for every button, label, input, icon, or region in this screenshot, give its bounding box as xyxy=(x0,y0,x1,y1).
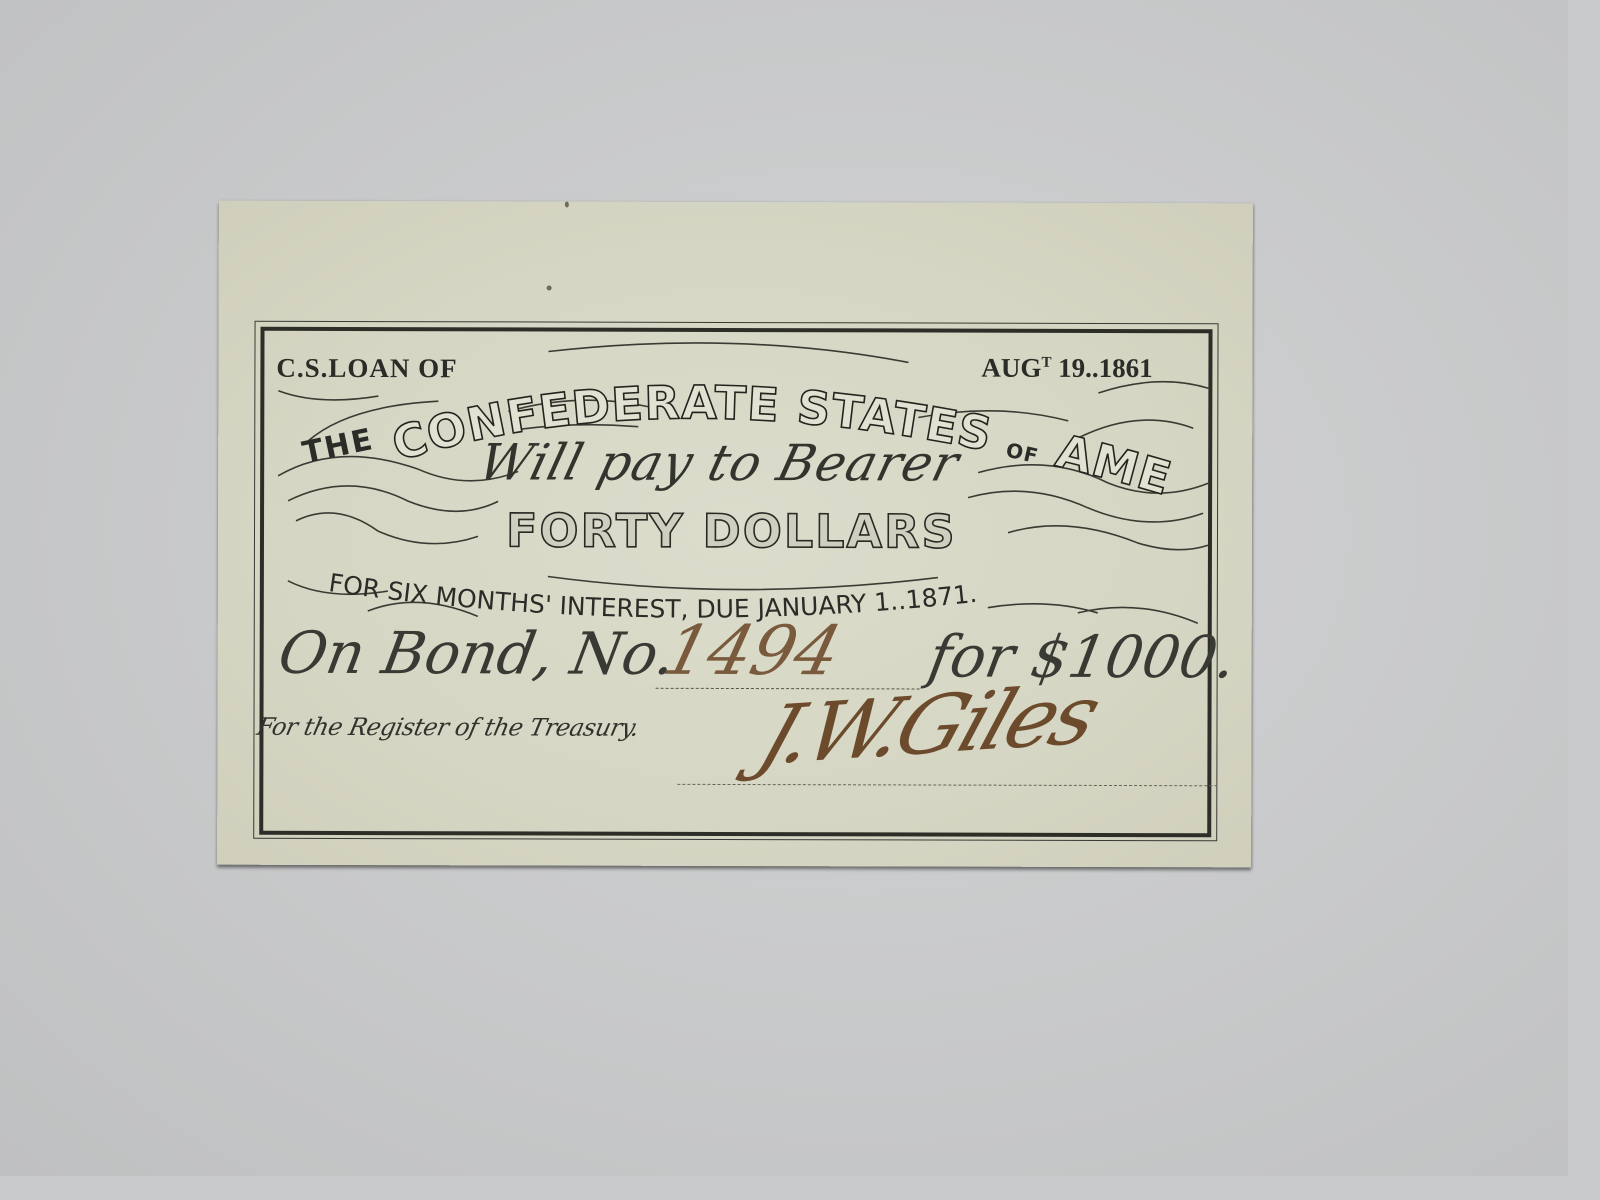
promise-text: Will pay to Bearer xyxy=(473,433,966,492)
photo-background: C.S.LOAN OF AUGT 19..1861 THE CONFEDERAT… xyxy=(0,0,1568,1176)
interest-text: FOR SIX MONTHS' INTEREST, DUE JANUARY 1.… xyxy=(327,568,979,624)
paper-speck xyxy=(547,286,552,291)
bond-coupon: C.S.LOAN OF AUGT 19..1861 THE CONFEDERAT… xyxy=(217,201,1253,868)
bond-number: 1494 xyxy=(656,612,849,691)
paper-speck xyxy=(565,202,569,208)
register-label: For the Register of the Treasury. xyxy=(254,713,641,742)
bond-prefix: On Bond, No. xyxy=(274,619,681,688)
issuer-of: OF xyxy=(1004,438,1041,469)
svg-text:FOR SIX MONTHS' INTEREST, DUE: FOR SIX MONTHS' INTEREST, DUE JANUARY 1.… xyxy=(327,568,979,624)
